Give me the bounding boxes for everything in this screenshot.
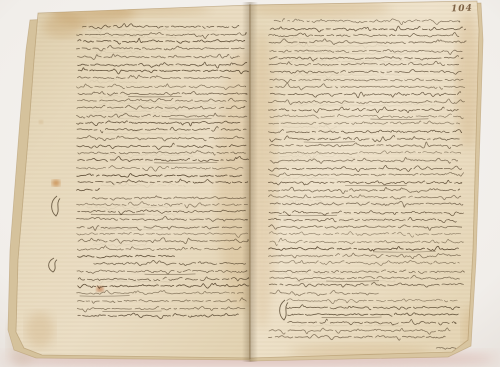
manuscript-photo xyxy=(0,0,500,367)
manuscript-photo-frame: 104 xyxy=(0,0,500,367)
folio-number: 104 xyxy=(451,4,473,15)
